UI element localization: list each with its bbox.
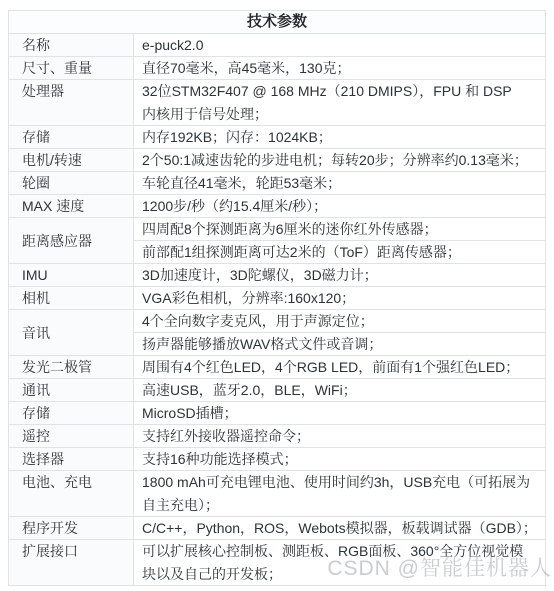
row-label: 发光二极管	[9, 356, 134, 379]
row-value: 4个全向数字麦克风，用于声源定位；	[134, 310, 546, 333]
table-row: 处理器32位STM32F407 @ 168 MHz（210 DMIPS），FPU…	[9, 80, 546, 126]
row-label: 选择器	[9, 448, 134, 471]
table-row: MAX 速度1200步/秒（约15.4厘米/秒）；	[9, 195, 546, 218]
table-row: 轮圈车轮直径41毫米，轮距53毫米；	[9, 172, 546, 195]
row-value: MicroSD插槽；	[134, 402, 546, 425]
row-label: 音讯	[9, 310, 134, 356]
table-row: 扩展接口可以扩展核心控制板、测距板、RGB面板、360°全方位视觉模块以及自己的…	[9, 540, 546, 586]
table-row: 选择器支持16种功能选择模式；	[9, 448, 546, 471]
row-label: 程序开发	[9, 517, 134, 540]
table-row: 尺寸、重量直径70毫米，高45毫米，130克；	[9, 57, 546, 80]
table-row: 相机VGA彩色相机，分辨率:160x120；	[9, 287, 546, 310]
row-value: 前部配1组探测距离可达2米的（ToF）距离传感器；	[134, 241, 546, 264]
row-label: MAX 速度	[9, 195, 134, 218]
row-value: 高速USB，蓝牙2.0，BLE，WiFi；	[134, 379, 546, 402]
row-value: C/C++，Python，ROS，Webots模拟器，板载调试器（GDB）；	[134, 517, 546, 540]
spec-table: 技术参数 名称e-puck2.0尺寸、重量直径70毫米，高45毫米，130克；处…	[8, 10, 546, 586]
row-label: 距离感应器	[9, 218, 134, 264]
row-value: 1200步/秒（约15.4厘米/秒）；	[134, 195, 546, 218]
row-label: 遥控	[9, 425, 134, 448]
row-value: 32位STM32F407 @ 168 MHz（210 DMIPS），FPU 和 …	[134, 80, 546, 126]
row-label: IMU	[9, 264, 134, 287]
table-header-row: 技术参数	[9, 11, 546, 34]
table-row: 存储MicroSD插槽；	[9, 402, 546, 425]
row-value: 支持16种功能选择模式；	[134, 448, 546, 471]
table-row: 通讯高速USB，蓝牙2.0，BLE，WiFi；	[9, 379, 546, 402]
row-label: 存储	[9, 126, 134, 149]
row-label: 存储	[9, 402, 134, 425]
row-value: 支持红外接收器遥控命令；	[134, 425, 546, 448]
row-label: 处理器	[9, 80, 134, 126]
table-row: 程序开发C/C++，Python，ROS，Webots模拟器，板载调试器（GDB…	[9, 517, 546, 540]
row-value: 四周配8个探测距离为6厘米的迷你红外传感器；	[134, 218, 546, 241]
row-label: 相机	[9, 287, 134, 310]
table-row: 名称e-puck2.0	[9, 34, 546, 57]
row-value: 2个50:1减速齿轮的步进电机；每转20步；分辨率约0.13毫米；	[134, 149, 546, 172]
row-value: e-puck2.0	[134, 34, 546, 57]
table-title: 技术参数	[9, 11, 546, 34]
row-label: 轮圈	[9, 172, 134, 195]
table-row: 电池、充电1800 mAh可充电锂电池、使用时间约3h，USB充电（可拓展为自主…	[9, 471, 546, 517]
table-row: 音讯4个全向数字麦克风，用于声源定位；	[9, 310, 546, 333]
row-value: 内存192KB；闪存：1024KB；	[134, 126, 546, 149]
table-row: 距离感应器四周配8个探测距离为6厘米的迷你红外传感器；	[9, 218, 546, 241]
row-value: 1800 mAh可充电锂电池、使用时间约3h，USB充电（可拓展为自主充电）；	[134, 471, 546, 517]
row-label: 电池、充电	[9, 471, 134, 517]
row-value: 周围有4个红色LED，4个RGB LED，前面有1个强红色LED；	[134, 356, 546, 379]
row-value: 车轮直径41毫米，轮距53毫米；	[134, 172, 546, 195]
row-label: 尺寸、重量	[9, 57, 134, 80]
row-value: 可以扩展核心控制板、测距板、RGB面板、360°全方位视觉模块以及自己的开发板；	[134, 540, 546, 586]
table-row: 发光二极管周围有4个红色LED，4个RGB LED，前面有1个强红色LED；	[9, 356, 546, 379]
row-value: VGA彩色相机，分辨率:160x120；	[134, 287, 546, 310]
row-value: 3D加速度计，3D陀螺仪，3D磁力计；	[134, 264, 546, 287]
row-label: 通讯	[9, 379, 134, 402]
table-row: 存储内存192KB；闪存：1024KB；	[9, 126, 546, 149]
spec-table-body: 名称e-puck2.0尺寸、重量直径70毫米，高45毫米，130克；处理器32位…	[9, 34, 546, 586]
table-row: 遥控支持红外接收器遥控命令；	[9, 425, 546, 448]
table-row: 电机/转速2个50:1减速齿轮的步进电机；每转20步；分辨率约0.13毫米；	[9, 149, 546, 172]
row-value: 扬声器能够播放WAV格式文件或音调；	[134, 333, 546, 356]
row-label: 名称	[9, 34, 134, 57]
row-label: 扩展接口	[9, 540, 134, 586]
row-value: 直径70毫米，高45毫米，130克；	[134, 57, 546, 80]
table-row: IMU3D加速度计，3D陀螺仪，3D磁力计；	[9, 264, 546, 287]
row-label: 电机/转速	[9, 149, 134, 172]
